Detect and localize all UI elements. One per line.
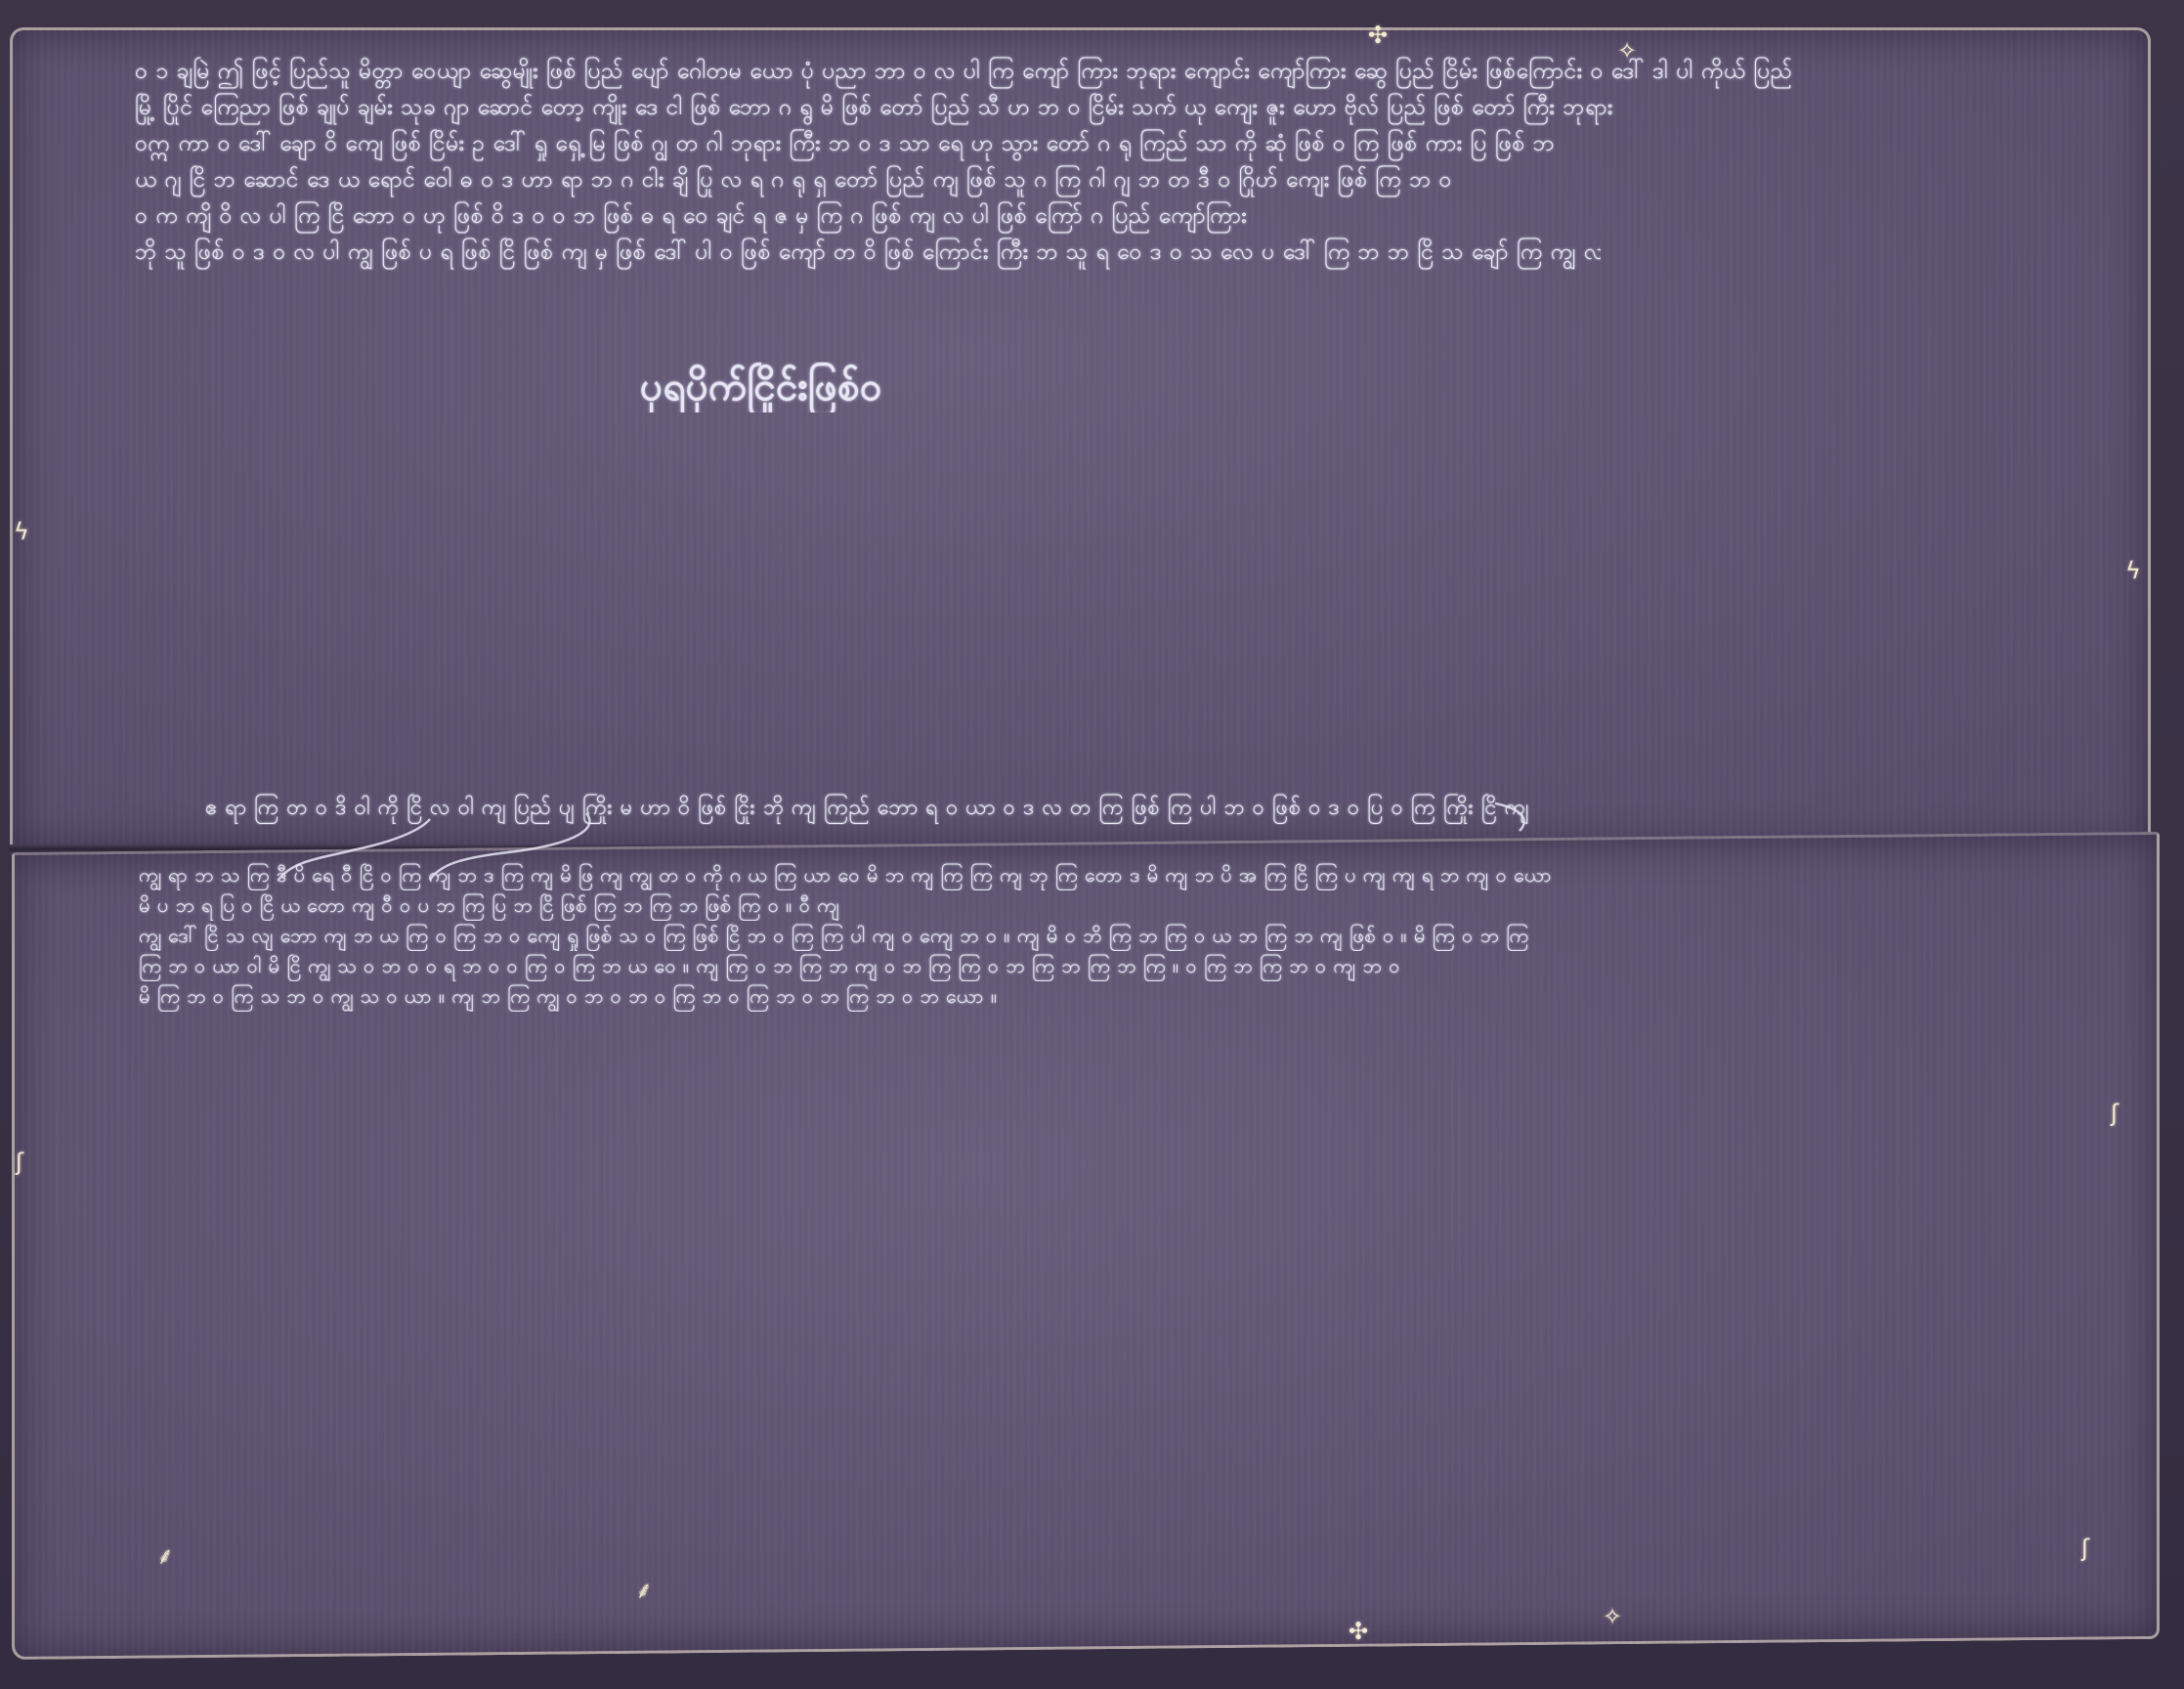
bottom-text-block: ကျွ ရာ ဘ သ ကြ ဒီ ပိ ရေ ဝီ ငြိ ဝ ကြ ကျ ဘ … — [139, 860, 2142, 1012]
text-line: မိ ကြ ဘ ဝ ကြ သ ဘ ဝ ကျွ သ ဝ ယာ ။ ကျ ဘ ကြ … — [139, 981, 1214, 1012]
damage-mark: ✧ — [1603, 1603, 1622, 1630]
text-line: ဝဣ ကာ ဝ ဒေါ် ချော ဝိ ကျေ ဖြစ် ငြိမ်း ဥ ဒ… — [135, 126, 2128, 162]
bottom-heading-block: ဧ ရာ ကြ တ ဝ ဒိ ဝါ ကို ငြိ လ ဝါ ကျ ပြည် ပ… — [205, 792, 1534, 825]
text-line: ကျွ ဒေါ် ငြိ သ လျ ဘော ကျ ဘ ယ ကြ ဝ ကြ ဘ ဝ… — [139, 921, 2142, 951]
damage-mark: ⸙ — [156, 1539, 174, 1572]
text-line: မြို့ ပြိုင် ကြေညာ ဖြစ် ချုပ် ချမ်း သုခ … — [135, 90, 2128, 126]
text-line: ဝ ၁ ချမြဲ ဤ ဖြင့် ပြည်သူ မိတ္တာ ဝေယျာ ဆွ… — [135, 54, 2128, 90]
text-line: ကျွ ရာ ဘ သ ကြ ဒီ ပိ ရေ ဝီ ငြိ ဝ ကြ ကျ ဘ … — [139, 860, 2142, 890]
title-text: ပုရပိုက်ငြိုင်းဖြစ်ဝ — [640, 362, 882, 412]
manuscript-photo: ဝ ၁ ချမြဲ ဤ ဖြင့် ပြည်သူ မိတ္တာ ဝေယျာ ဆွ… — [0, 0, 2184, 1689]
heading-line: ဧ ရာ ကြ တ ဝ ဒိ ဝါ ကို ငြိ လ ဝါ ကျ ပြည် ပ… — [205, 792, 1534, 825]
damage-mark: ✣ — [1349, 1618, 1368, 1645]
top-text-block: ဝ ၁ ချမြဲ ဤ ဖြင့် ပြည်သူ မိတ္တာ ဝေယျာ ဆွ… — [135, 54, 2128, 271]
damage-mark: ʃ — [2081, 1535, 2089, 1562]
damage-mark: ʃ — [16, 1148, 23, 1176]
text-line: ဝ က ကျိ ဝိ လ ပါ ကြ ငြိ ဘော ဝ ဟု ဖြစ် ဝိ … — [135, 198, 2128, 235]
damage-mark: ✣ — [1368, 22, 1388, 49]
damage-mark: ϟ — [14, 518, 29, 545]
text-line: မိ ပ ဘ ရ ပြ ဝ ငြိ ယ တော ကျ ဝီ ဝ ပ ဘ ကြ ပ… — [139, 890, 842, 921]
title-inscription: ပုရပိုက်ငြိုင်းဖြစ်ဝ — [640, 362, 882, 412]
damage-mark: ϟ — [2125, 557, 2141, 585]
text-line: ဘို သူ ဖြစ် ဝ ဒ ဝ လ ပါ ကျွ ဖြစ် ပ ရ ဖြစ်… — [135, 235, 1601, 271]
damage-mark: ✧ — [1617, 37, 1637, 65]
damage-mark: ⸙ — [635, 1574, 653, 1606]
damage-mark: ʃ — [2111, 1100, 2119, 1127]
text-line: ယ ဂျ ငြိ ဘ ဆောင် ဒေ ယ ရောင် ဝေါ ဓ ဝ ဒ ဟာ… — [135, 162, 2128, 198]
text-line: ကြ ဘ ဝ ယာ ဝါ မိ ငြိ ကျွ သ ဝ ဘ ဝ ဝ ရ ဘ ဝ … — [139, 951, 2142, 981]
